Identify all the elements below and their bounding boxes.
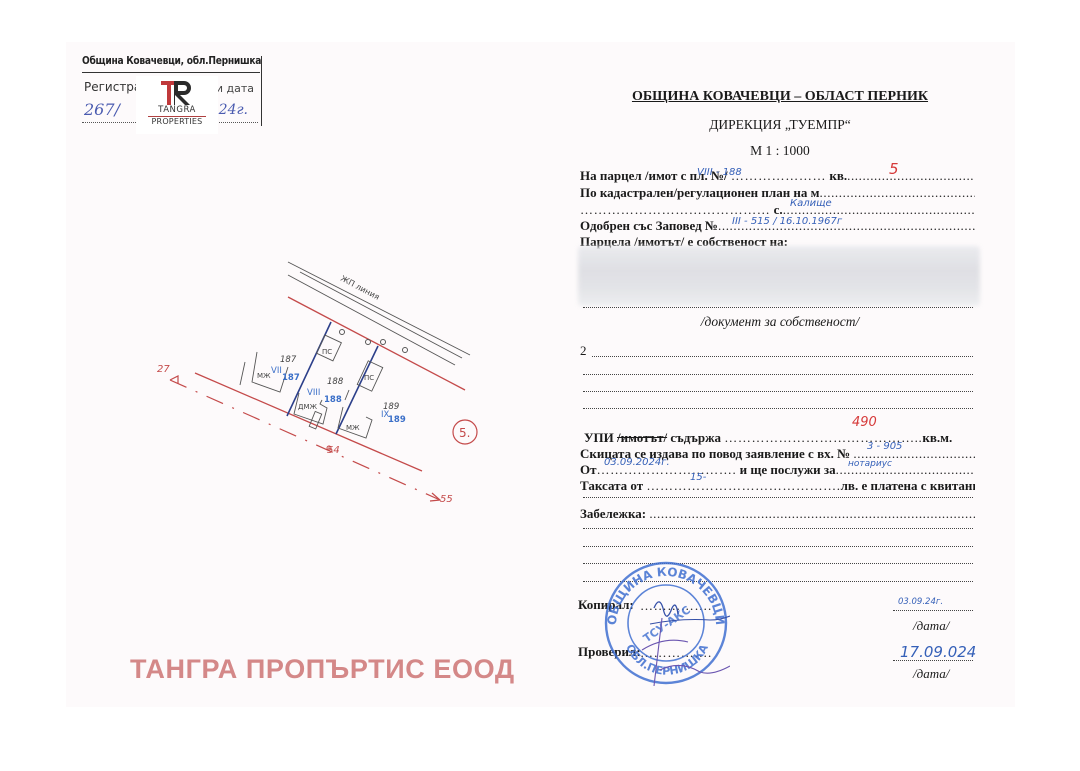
svg-text:МЖ: МЖ bbox=[346, 424, 360, 432]
svg-text:МЖ: МЖ bbox=[257, 372, 271, 380]
fee-value: 15- bbox=[690, 472, 706, 483]
svg-text:189: 189 bbox=[388, 415, 406, 425]
area-label-2: съдържа bbox=[670, 430, 721, 445]
fee-row: Таксата от …………………………………….лв. е платена … bbox=[580, 478, 975, 493]
ownership-doc-caption: /документ за собственост/ bbox=[580, 314, 980, 330]
redacted-owner-info bbox=[578, 246, 980, 306]
scale-label: М 1 : 1000 bbox=[580, 143, 980, 159]
svg-text:ТСУ-АКС: ТСУ-АКС bbox=[641, 603, 693, 645]
checked-date-caption: /дата/ bbox=[913, 666, 949, 682]
order-value: III - 515 / 16.10.1967г bbox=[732, 216, 842, 227]
svg-text:ЖП линия: ЖП линия bbox=[339, 274, 381, 302]
parcel-value: VIII - 188 bbox=[697, 167, 742, 178]
stamp-reg-number: 267/ bbox=[84, 100, 120, 119]
tangra-logo: TANGRA PROPERTIES bbox=[136, 76, 218, 134]
from-value: 03.09.2024г. bbox=[604, 457, 670, 468]
stamp-label-right: и дата bbox=[216, 82, 254, 95]
area-value: 490 bbox=[852, 415, 877, 430]
svg-text:54: 54 bbox=[327, 445, 340, 456]
application-value: 3 - 905 bbox=[867, 441, 902, 452]
village-value: Калище bbox=[790, 198, 832, 209]
municipality-title: ОБЩИНА КОВАЧЕВЦИ – ОБЛАСТ ПЕРНИК bbox=[580, 89, 980, 105]
block-label: кв. bbox=[829, 168, 847, 183]
svg-text:27: 27 bbox=[157, 364, 170, 375]
svg-text:188: 188 bbox=[327, 377, 344, 387]
svg-text:ОБЛ.ПЕРНИШКА: ОБЛ.ПЕРНИШКА bbox=[623, 642, 711, 678]
svg-text:187: 187 bbox=[282, 373, 300, 383]
tr-logo-mark-icon bbox=[160, 80, 194, 106]
plan-label: По кадастрален/регулационен план на м bbox=[580, 185, 820, 200]
village-row: …………………………………… с........................… bbox=[580, 202, 975, 217]
plan-row: По кадастрален/регулационен план на м...… bbox=[580, 185, 975, 200]
stamp-municipality: Община Ковачевци, обл.Пернишка bbox=[82, 54, 261, 67]
checked-date: 17.09.024 bbox=[900, 643, 976, 661]
company-watermark: ТАНГРА ПРОПЪРТИС ЕООД bbox=[130, 654, 515, 685]
fee-label: Таксата от bbox=[580, 478, 643, 493]
svg-text:ДМЖ: ДМЖ bbox=[298, 403, 318, 411]
svg-text:187: 187 bbox=[280, 355, 297, 365]
svg-text:55: 55 bbox=[440, 494, 453, 505]
svg-text:VII: VII bbox=[271, 366, 282, 376]
note-row: Забележка: .............................… bbox=[580, 506, 975, 521]
svg-text:188: 188 bbox=[324, 395, 342, 405]
area-label-struck: /имотът/ bbox=[617, 430, 667, 445]
copied-date: 03.09.24г. bbox=[898, 597, 943, 607]
logo-text-properties: PROPERTIES bbox=[136, 117, 218, 126]
svg-text:ПС: ПС bbox=[322, 348, 332, 356]
village-label: с. bbox=[774, 202, 783, 217]
municipality-seal-icon: ОБЩИНА КОВАЧЕВЦИ ОБЛ.ПЕРНИШКА ТСУ-АКС bbox=[602, 560, 730, 686]
parcel-row: На парцел /имот с пл. №/ ………………… кв.....… bbox=[580, 168, 975, 183]
from-label: От bbox=[580, 462, 597, 477]
purpose-label: и ще послужи за bbox=[740, 462, 836, 477]
parcel-sketch: ЖП линия 27 54 55 5. МЖ ПС ПС ДМЖ МЖ bbox=[140, 250, 500, 520]
svg-text:ПС: ПС bbox=[364, 374, 374, 382]
logo-text-tangra: TANGRA bbox=[136, 105, 218, 115]
svg-text:VIII: VIII bbox=[307, 388, 320, 398]
area-label: УПИ bbox=[584, 430, 614, 445]
order-label: Одобрен със Заповед № bbox=[580, 218, 718, 233]
svg-text:5.: 5. bbox=[459, 426, 470, 440]
block-value: 5 bbox=[889, 160, 899, 178]
copied-date-caption: /дата/ bbox=[913, 618, 949, 634]
item-2-label: 2 bbox=[580, 343, 587, 358]
stamp-label-left: Регистра bbox=[84, 80, 141, 94]
directorate-title: ДИРЕКЦИЯ „ТУЕМПР“ bbox=[580, 117, 980, 133]
fee-suffix: лв. е платена с квитанция № bbox=[841, 478, 975, 493]
area-unit: кв.м. bbox=[922, 430, 952, 445]
note-label: Забележка: bbox=[580, 506, 646, 521]
area-row: УПИ /имотът/ съдържа ……………………………………..кв.… bbox=[584, 430, 979, 445]
stamp-reg-year: 24г. bbox=[219, 102, 248, 118]
purpose-value: нотариус bbox=[848, 459, 892, 469]
